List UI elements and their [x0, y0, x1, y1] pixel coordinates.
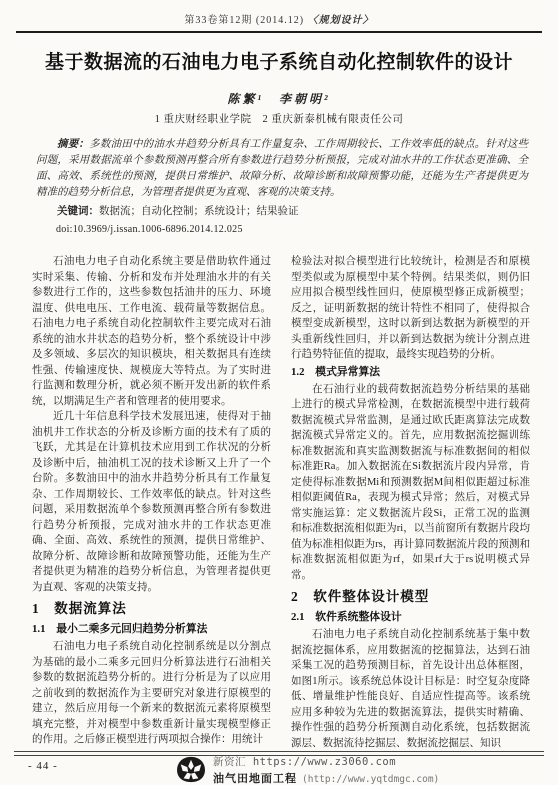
footer-brand-url: (http://www.yqtdmgc.com): [302, 774, 439, 785]
paragraph-continuation: 检验法对拟合模型进行比较统计，检测是否和原模型类似或为原模型中某个特例。结果类似…: [291, 254, 530, 363]
paper-title: 基于数据流的石油电力电子系统自动化控制软件的设计: [18, 47, 540, 74]
footer-publisher-block: 新资汇 https://www.z3060.com 油气田地面工程 (http:…: [176, 754, 439, 785]
body-columns: 石油电力电子自动化系统主要是借助软件通过实时采集、传输、分析和发布并处理油水井的…: [32, 254, 530, 752]
keywords-paragraph: 关键词：数据流；自动化控制；系统设计；结果验证: [36, 204, 528, 220]
column-right: 检验法对拟合模型进行比较统计，检测是否和原模型类似或为原模型中某个特例。结果类似…: [291, 254, 530, 752]
abstract-text: 多数油田中的油水井趋势分析具有工作量复杂、工作周期较长、工作效率低的缺点。针对这…: [36, 139, 528, 198]
paper-page: 第33卷第12期 (2014.12) 〈规划设计〉 基于数据流的石油电力电子系统…: [0, 0, 558, 785]
footer-text-lines: 新资汇 https://www.z3060.com 油气田地面工程 (http:…: [213, 754, 439, 785]
paragraph: 石油电力电子系统自动化控制系统是以分割点为基础的最小二乘多元回归分析算法进行石油…: [32, 639, 271, 748]
journal-header: 第33卷第12期 (2014.12) 〈规划设计〉: [0, 11, 558, 26]
paragraph: 在石油行业的载荷数据流趋势分析结果的基础上进行的模式异常检测，在数据流模型中进行…: [291, 382, 530, 584]
footer-brand: 油气田地面工程: [213, 770, 297, 785]
doi-line: doi:10.3969/j.issan.1006-6896.2014.12.02…: [36, 222, 528, 238]
section-heading-2: 2 软件整体设计模型: [291, 588, 530, 606]
abstract-paragraph: 摘要：多数油田中的油水井趋势分析具有工作量复杂、工作周期较长、工作效率低的缺点。…: [36, 137, 528, 201]
authors-line: 陈繁¹ 李朝明²: [0, 90, 558, 107]
petroleum-flower-logo-icon: [176, 756, 206, 783]
affiliations-line: 1 重庆财经职业学院 2 重庆新泰机械有限责任公司: [0, 111, 558, 126]
footer-site-line: 新资汇 https://www.z3060.com: [213, 754, 439, 769]
abstract-label: 摘要：: [57, 139, 89, 150]
paragraph: 石油电力电子系统自动化控制系统基于集中数据流挖掘体系，应用数据流的挖掘算法，达到…: [291, 627, 530, 751]
keywords-text: 数据流；自动化控制；系统设计；结果验证: [99, 206, 299, 217]
front-matter: 摘要：多数油田中的油水井趋势分析具有工作量复杂、工作周期较长、工作效率低的缺点。…: [36, 137, 528, 238]
paragraph: 石油电力电子自动化系统主要是借助软件通过实时采集、传输、分析和发布并处理油水井的…: [32, 254, 271, 409]
section-heading-1: 1 数据流算法: [32, 600, 271, 618]
header-rule: [16, 31, 542, 33]
column-left: 石油电力电子自动化系统主要是借助软件通过实时采集、传输、分析和发布并处理油水井的…: [32, 254, 271, 752]
subsection-heading-1-1: 1.1 最小二乘多元回归趋势分析算法: [32, 622, 271, 637]
subsection-heading-1-2: 1.2 模式异常算法: [291, 365, 530, 380]
subsection-heading-2-1: 2.1 软件系统整体设计: [291, 610, 530, 625]
paragraph: 近几十年信息科学技术发展迅速，使得对于抽油机井工作状态的分析及诊断方面的技术有了…: [32, 409, 271, 595]
journal-section: 〈规划设计〉: [308, 15, 374, 26]
footer-brand-line: 油气田地面工程 (http://www.yqtdmgc.com): [213, 770, 439, 785]
page-number: - 44 -: [28, 760, 58, 772]
journal-issue: 第33卷第12期 (2014.12): [184, 15, 307, 26]
keywords-label: 关键词：: [57, 206, 99, 217]
